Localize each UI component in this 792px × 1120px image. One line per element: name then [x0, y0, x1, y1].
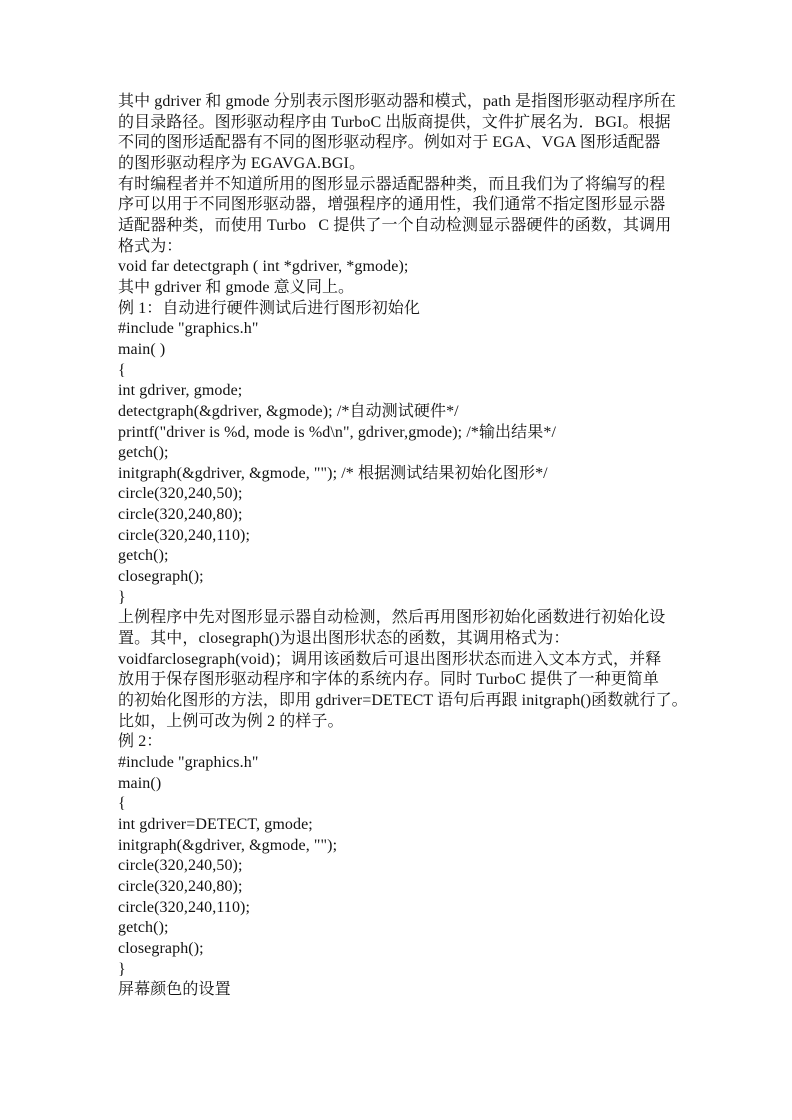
- text-line: getch();: [118, 443, 692, 464]
- text-line: void far detectgraph ( int *gdriver, *gm…: [118, 257, 692, 278]
- text-line: 格式为：: [118, 237, 692, 258]
- text-line: closegraph();: [118, 939, 692, 960]
- text-line: }: [118, 588, 692, 609]
- text-line: voidfarclosegraph(void)；调用该函数后可退出图形状态而进入…: [118, 650, 692, 671]
- text-line: 适配器种类，而使用 Turbo C 提供了一个自动检测显示器硬件的函数，其调用: [118, 216, 692, 237]
- text-line: circle(320,240,50);: [118, 484, 692, 505]
- text-line: 置。其中，closegraph()为退出图形状态的函数，其调用格式为：: [118, 629, 692, 650]
- text-line: detectgraph(&gdriver, &gmode); /*自动测试硬件*…: [118, 402, 692, 423]
- document-page: 其中 gdriver 和 gmode 分别表示图形驱动器和模式，path 是指图…: [0, 0, 792, 1120]
- text-line: circle(320,240,80);: [118, 877, 692, 898]
- text-line: {: [118, 794, 692, 815]
- text-line: circle(320,240,110);: [118, 526, 692, 547]
- text-line: 屏幕颜色的设置: [118, 980, 692, 1001]
- text-line: circle(320,240,50);: [118, 856, 692, 877]
- text-line: 上例程序中先对图形显示器自动检测，然后再用图形初始化函数进行初始化设: [118, 608, 692, 629]
- text-line: 不同的图形适配器有不同的图形驱动程序。例如对于 EGA、VGA 图形适配器: [118, 133, 692, 154]
- text-line: initgraph(&gdriver, &gmode, "");: [118, 836, 692, 857]
- document-text: 其中 gdriver 和 gmode 分别表示图形驱动器和模式，path 是指图…: [118, 92, 692, 1001]
- text-line: 例 2：: [118, 732, 692, 753]
- text-line: 的图形驱动程序为 EGAVGA.BGI。: [118, 154, 692, 175]
- text-line: 例 1：自动进行硬件测试后进行图形初始化: [118, 299, 692, 320]
- text-line: 其中 gdriver 和 gmode 意义同上。: [118, 278, 692, 299]
- text-line: getch();: [118, 546, 692, 567]
- text-line: 的目录路径。图形驱动程序由 TurboC 出版商提供，文件扩展名为．BGI。根据: [118, 113, 692, 134]
- text-line: getch();: [118, 918, 692, 939]
- text-line: #include "graphics.h": [118, 319, 692, 340]
- text-line: int gdriver, gmode;: [118, 381, 692, 402]
- text-line: int gdriver=DETECT, gmode;: [118, 815, 692, 836]
- text-line: 的初始化图形的方法，即用 gdriver=DETECT 语句后再跟 initgr…: [118, 691, 692, 712]
- text-line: }: [118, 960, 692, 981]
- text-line: 比如，上例可改为例 2 的样子。: [118, 712, 692, 733]
- text-line: {: [118, 361, 692, 382]
- text-line: printf("driver is %d, mode is %d\n", gdr…: [118, 423, 692, 444]
- text-line: 其中 gdriver 和 gmode 分别表示图形驱动器和模式，path 是指图…: [118, 92, 692, 113]
- text-line: closegraph();: [118, 567, 692, 588]
- text-line: main( ): [118, 340, 692, 361]
- text-line: circle(320,240,110);: [118, 898, 692, 919]
- text-line: main(): [118, 774, 692, 795]
- text-line: 有时编程者并不知道所用的图形显示器适配器种类，而且我们为了将编写的程: [118, 175, 692, 196]
- text-line: circle(320,240,80);: [118, 505, 692, 526]
- text-line: #include "graphics.h": [118, 753, 692, 774]
- text-line: 序可以用于不同图形驱动器，增强程序的通用性，我们通常不指定图形显示器: [118, 195, 692, 216]
- text-line: 放用于保存图形驱动程序和字体的系统内存。同时 TurboC 提供了一种更简单: [118, 670, 692, 691]
- text-line: initgraph(&gdriver, &gmode, ""); /* 根据测试…: [118, 464, 692, 485]
